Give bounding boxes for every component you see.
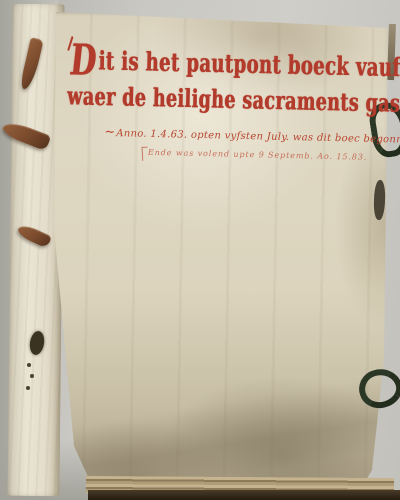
manuscript-photo: Dit is het pautpont boeck vauf waer de h…	[0, 0, 400, 500]
rubric-line-1: Dit is het pautpont boeck vauf	[70, 46, 400, 83]
pen-flourish: ~	[104, 125, 113, 140]
sewing-hole	[30, 374, 34, 378]
rubric-text-block: Dit is het pautpont boeck vauf waer de h…	[0, 0, 400, 207]
book-base-edge	[88, 490, 400, 500]
sewing-hole	[26, 386, 30, 390]
rubric-line-2: waer de heilighe sacraments gasthÿs	[67, 83, 400, 120]
decorated-initial: D	[69, 52, 98, 72]
sewing-hole	[27, 363, 31, 367]
rubric-line-1-text: it is het pautpont boeck vauf	[98, 47, 400, 84]
date-inscription: ~Anno. 1.4.63. opten vyfsten July. was d…	[104, 125, 400, 147]
date-inscription-text: Anno. 1.4.63. opten vyfsten July. was di…	[116, 128, 400, 146]
completion-inscription: Ende was volend upte 9 Septemb. Ao. 15.8…	[148, 148, 368, 162]
